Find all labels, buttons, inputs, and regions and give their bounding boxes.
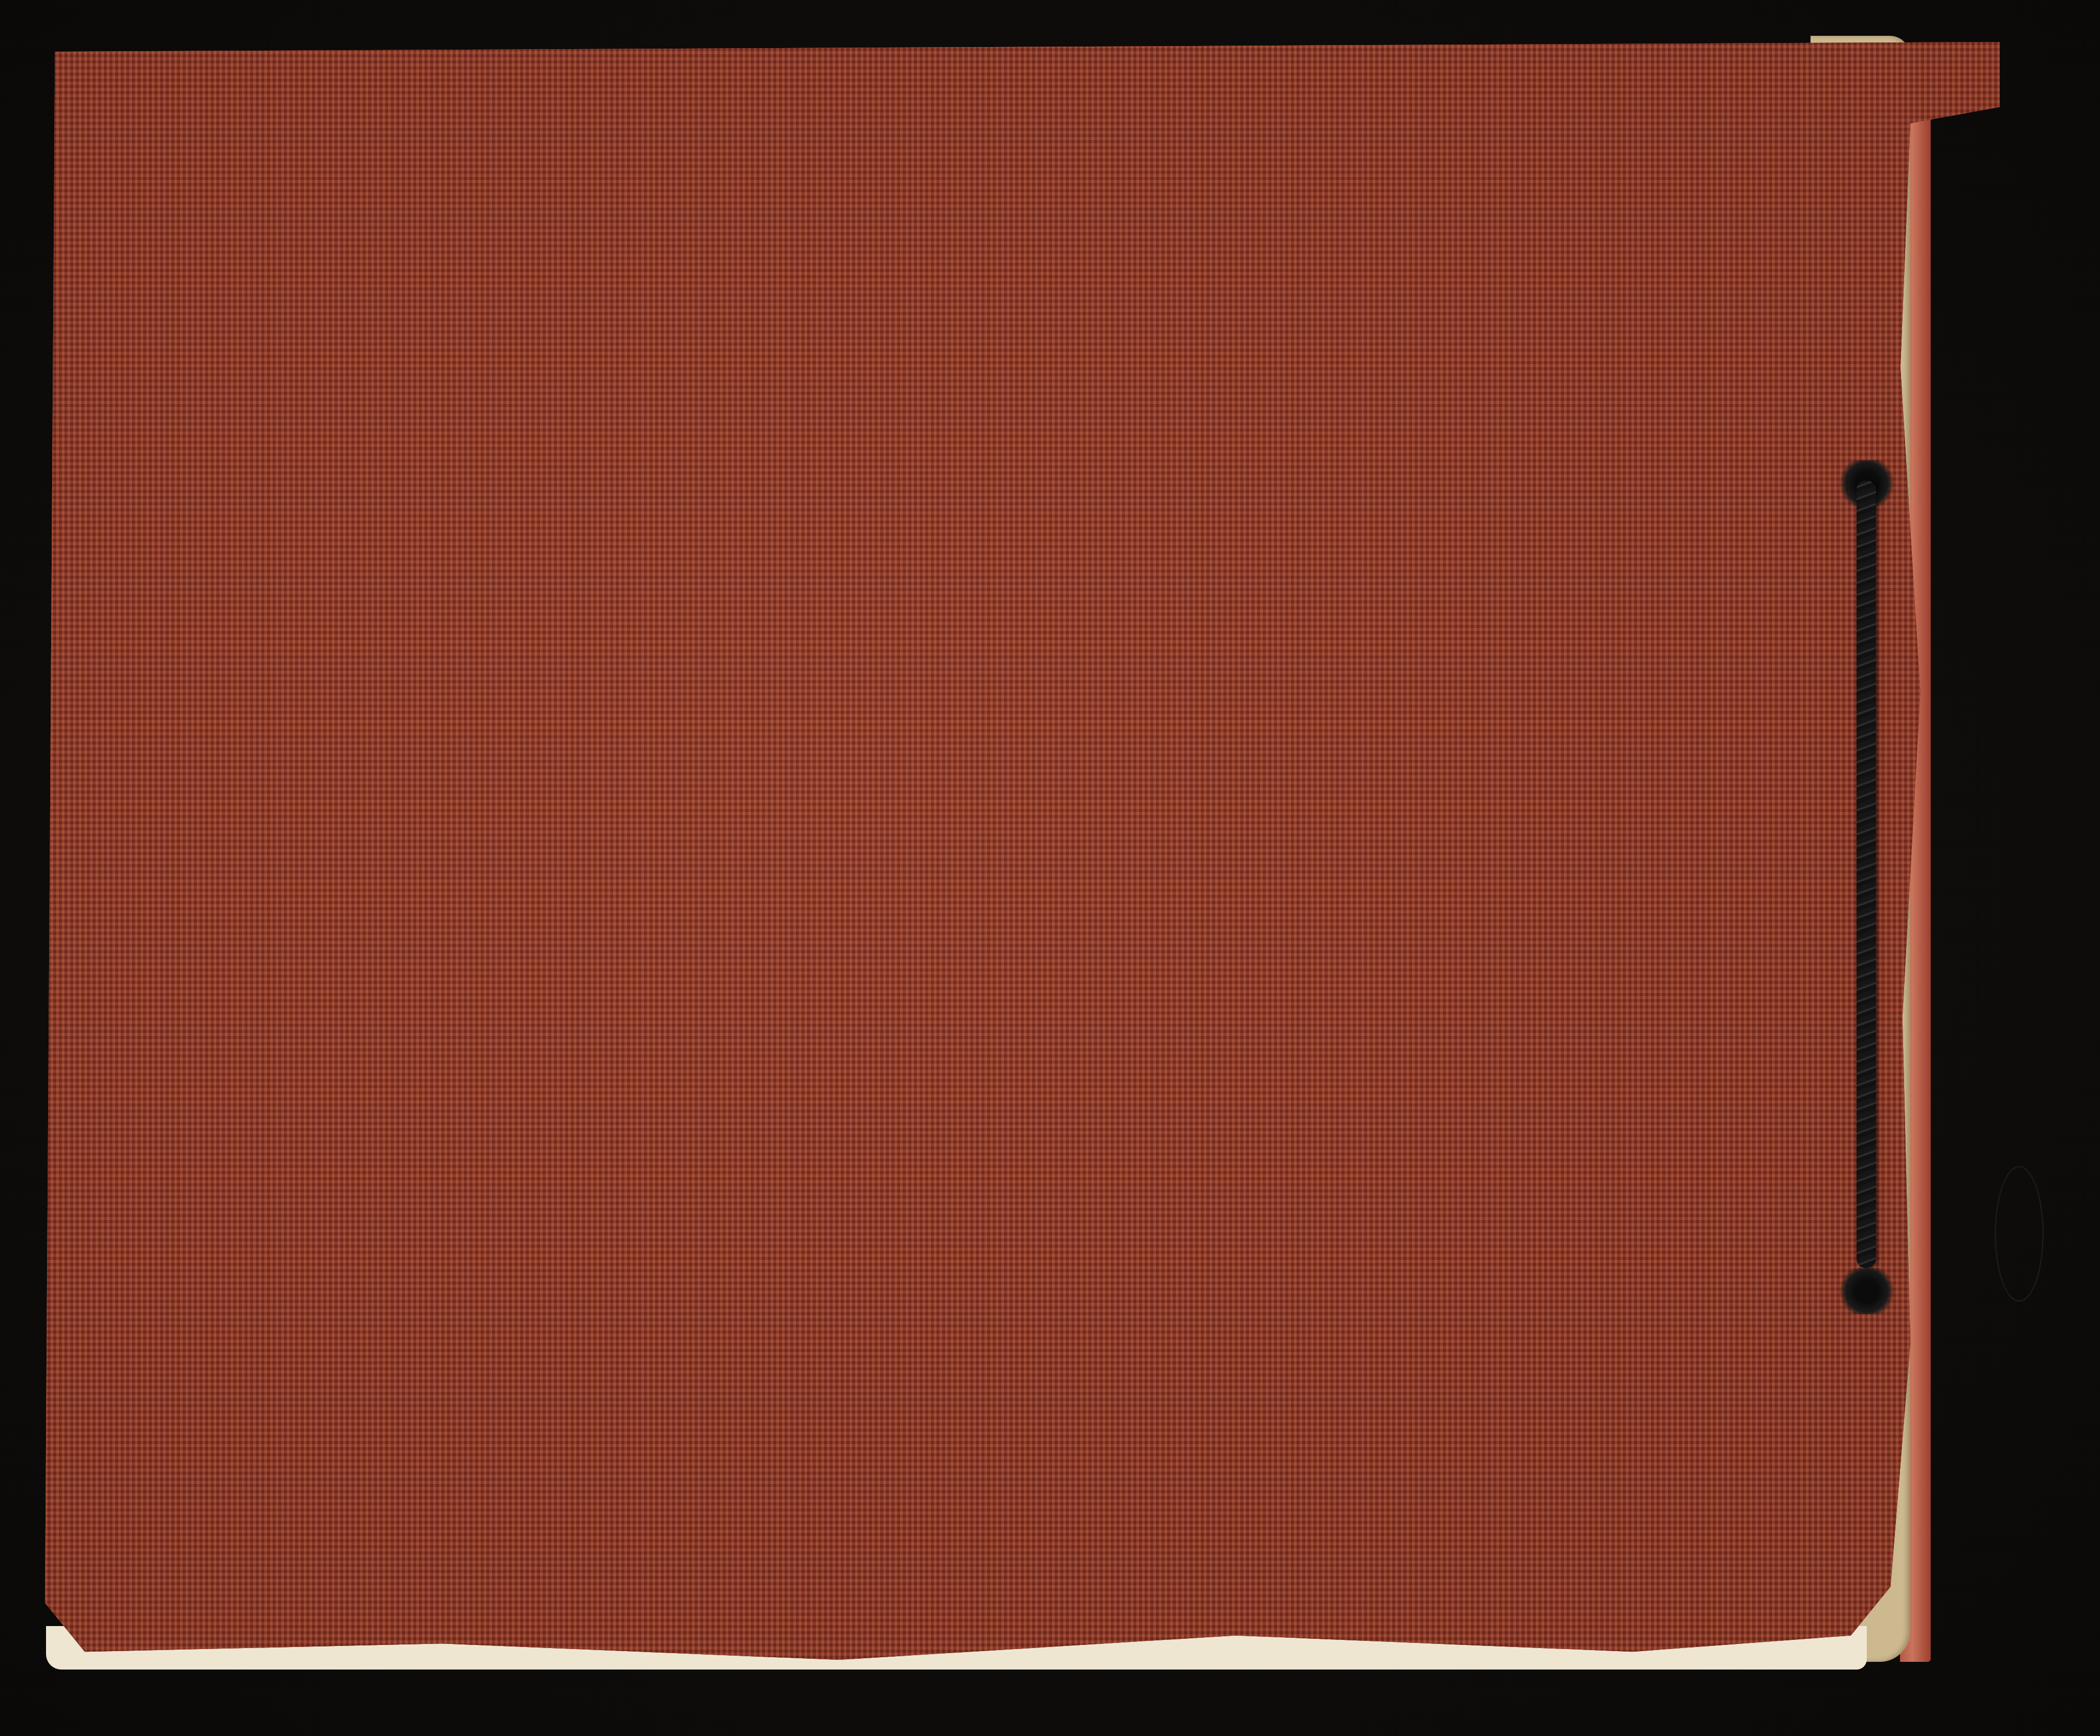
bottom-grommet-icon: [1836, 1268, 1897, 1314]
black-cord-binding: [1857, 481, 1876, 1268]
burlap-cover: [45, 42, 2029, 1668]
loose-thread: [1995, 1166, 2044, 1302]
